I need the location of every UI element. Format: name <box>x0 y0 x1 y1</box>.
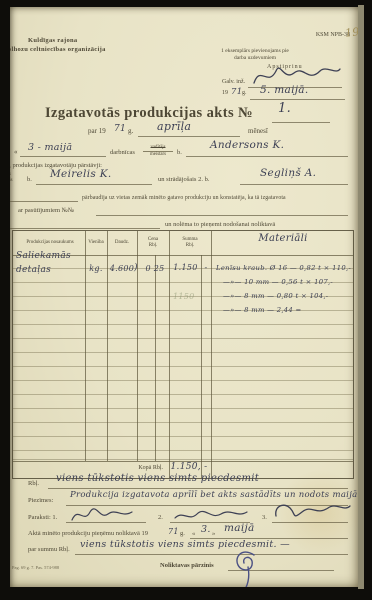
act-title: Izgatavotās produkcijas akts № <box>45 105 253 122</box>
rbl-label: Rbļ. <box>28 480 39 487</box>
product-price: 0 25 <box>141 264 169 273</box>
accept-day: 3. <box>201 524 211 535</box>
approve-year-prefix: 19 <box>222 90 228 96</box>
col-header-price-2: Rbļ. <box>149 243 157 248</box>
decision-line: un nolēma to pieņemt nodošanai noliktavā <box>165 221 275 228</box>
col-header-sum-1: Summa <box>182 237 197 242</box>
underline <box>138 136 240 137</box>
foreman-name: Andersons K. <box>210 139 284 151</box>
form-code: KSM NPB-38 <box>285 32 350 38</box>
accept-quote-close: » <box>212 530 215 537</box>
col-header-price-1: Cena <box>148 237 158 242</box>
approve-date: 5. maijā. <box>260 84 308 96</box>
workshop-label: darbnīcas <box>110 149 135 156</box>
underline <box>272 522 348 523</box>
underline <box>36 184 152 185</box>
table-vline <box>155 255 156 461</box>
underline <box>20 156 106 157</box>
material-line: —»— 10 mm — 0,56 t × 107,- <box>223 278 333 286</box>
print-info: Pag. 69 g. 7. Pas. 574-988 <box>12 565 59 570</box>
material-line: —»— 8 mm — 0,80 t × 104,- <box>223 292 328 300</box>
underline <box>10 228 160 229</box>
paper-edge <box>358 5 364 589</box>
period-prefix: par 19 <box>88 127 106 135</box>
open-quote: « <box>14 148 18 156</box>
keeper-label: Noliktavas pārzinis <box>160 562 214 569</box>
org-name-line2: kolhozu celtniecības organizācija <box>10 46 106 53</box>
total-value: 1.150, - <box>167 462 211 472</box>
period-month: aprīļa <box>157 120 191 133</box>
orders-label: ar pasūtījumiem №№ <box>18 207 74 214</box>
page-number: 19 <box>344 25 358 39</box>
b-label: b. <box>177 149 182 156</box>
table-vline <box>201 255 202 478</box>
material-line: —»— 8 mm — 2,44 = <box>223 306 302 314</box>
accept-quote-open: « <box>192 530 195 537</box>
underline <box>186 156 348 157</box>
signature-keeper <box>232 549 262 587</box>
copy-note-line1: 1 eksemplārs pievienojams pie <box>195 48 315 54</box>
worker-label: un strādājošais 2. b. <box>158 176 209 183</box>
faint-sum-mark: 1150 <box>173 292 195 301</box>
approve-year: 71 <box>231 87 242 97</box>
underline <box>272 122 330 123</box>
sig2-label: 2. <box>158 514 163 521</box>
underline <box>240 184 348 185</box>
accept-g: g. <box>180 530 185 537</box>
product-sum: 1.150 <box>170 263 201 272</box>
worker-name: Segliņš A. <box>260 167 316 179</box>
sum-label: par summu Rbļ. <box>28 546 70 553</box>
underline <box>48 488 348 489</box>
period-year: 71 <box>114 124 126 134</box>
notes-label: Piezīmes: <box>28 497 53 504</box>
underline <box>75 554 348 555</box>
table-line <box>13 459 353 460</box>
signatures-label: Paraksti: 1. <box>28 514 57 521</box>
inspect-line: pārbaudīja uz vietas zemāk minēto gatavo… <box>82 195 286 201</box>
col-header-unit: Vienība <box>85 240 107 245</box>
col-header-product: Produkcijas nosaukums <box>15 240 85 245</box>
period-suffix: mēnesī <box>248 127 268 135</box>
price-bracket: ) <box>134 263 138 273</box>
role-alt: meistars <box>143 152 173 158</box>
b-label-2: b. <box>27 176 32 183</box>
approve-year-suffix: g. <box>242 90 247 96</box>
accept-year: 71 <box>168 527 179 536</box>
material-line: Lenīsu kraub. Ø 16 — 0,82 t × 110,- <box>216 264 351 272</box>
product-name-line2: detaļas <box>16 265 51 275</box>
accept-prefix: Aktā minēto produkciju pieņēmu noliktavā… <box>28 530 148 537</box>
col-header-materials: Materiāli <box>213 233 353 244</box>
total-label: Kopā Rbļ. <box>93 465 163 471</box>
scanned-form-page: Kuldīgas rajona kolhozu celtniecības org… <box>10 7 358 587</box>
underline <box>250 99 345 100</box>
period-g: g. <box>128 127 133 135</box>
signature-3 <box>272 500 352 522</box>
product-sum-kap: - <box>201 263 211 272</box>
notes-text: Produkcija izgatavota aprīlī bet akts sa… <box>70 490 358 500</box>
org-name-line1: Kuldīgas rajona <box>28 37 77 44</box>
product-qty: 4.600 <box>107 264 137 273</box>
sig3-label: 3. <box>262 514 267 521</box>
products-table: Produkcijas nosaukums Vienība Daudz. Cen… <box>12 230 354 479</box>
chief-engineer-label: Galv. inž. <box>222 79 245 85</box>
accept-month: maijā <box>224 522 255 534</box>
left-role-bottom: vecākais <box>10 178 24 184</box>
maker-name: Meirelis K. <box>50 168 111 180</box>
act-number: 1. <box>278 101 291 116</box>
product-unit: kg. <box>85 264 107 273</box>
col-header-qty: Daudz. <box>107 240 137 245</box>
role-struck: vadītājs <box>143 145 173 152</box>
amount-in-words: viens tūkstotis viens simts piecdesmit <box>56 473 259 484</box>
handwritten-date: 3 - maijā <box>28 142 72 153</box>
product-name-line1: Saliekamās <box>16 251 71 261</box>
signature-1 <box>70 504 140 524</box>
table-vline <box>211 231 212 478</box>
underline <box>96 215 348 216</box>
underline <box>10 201 78 202</box>
col-header-sum-2: Rbļ. <box>186 243 194 248</box>
